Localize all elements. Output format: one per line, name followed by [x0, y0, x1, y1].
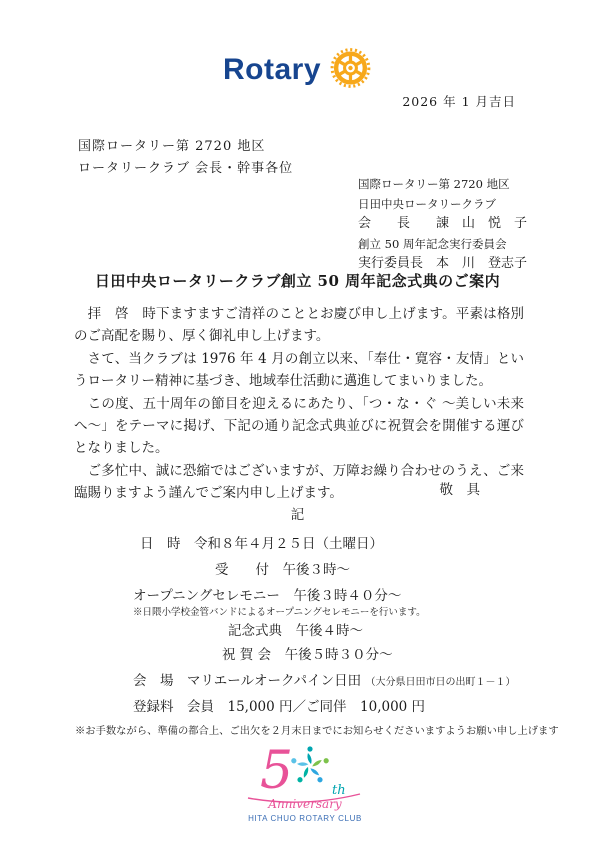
- sender-committee: 創立 50 周年記念実行委員会: [358, 234, 527, 254]
- anniv-suffix-th: th: [332, 783, 346, 798]
- rotary-logo: Rotary: [223, 46, 372, 94]
- anniv-script: Anniversary: [267, 797, 342, 811]
- sender-block: 国際ロータリー第 2720 地区 日田中央ロータリークラブ 会 長 諌 山 悦 …: [358, 174, 527, 274]
- anniversary-50th-logo: 5: [238, 736, 373, 828]
- recipient-block: 国際ロータリー第 2720 地区 ロータリークラブ 会長・幹事各位: [78, 136, 293, 180]
- venue-name: 会 場 マリエールオークパイン日田: [133, 673, 361, 689]
- rsvp-footnote: ※お手数ながら、準備の都合上、ご出欠を２月末日までにお知らせくださいますようお願…: [75, 722, 559, 737]
- recipient-district: 国際ロータリー第 2720 地区: [78, 136, 293, 158]
- dancing-figures-zero: [291, 746, 330, 783]
- letter-body: 拝 啓 時下ますますご清祥のこととお慶び申し上げます。平素は格別のご高配を賜り、…: [74, 303, 524, 505]
- notice-party: 祝 賀 会 午後５時３０分～: [222, 643, 393, 663]
- notice-fee: 登録料 会員 15,000 円／ご同伴 10,000 円: [133, 695, 425, 715]
- notice-datetime: 日 時 令和８年４月２５日（土曜日）: [140, 532, 383, 552]
- venue-address: （大分県日田市日の出町１－１）: [365, 677, 515, 688]
- page-title: 日田中央ロータリークラブ創立 50 周年記念式典のご案内: [0, 270, 595, 291]
- anniv-club-name: HITA CHUO ROTARY CLUB: [248, 814, 362, 823]
- sender-district: 国際ロータリー第 2720 地区: [358, 174, 527, 194]
- paragraph-greeting: 拝 啓 時下ますますご清祥のこととお慶び申し上げます。平素は格別のご高配を賜り、…: [74, 303, 524, 348]
- notice-heading: 記: [0, 503, 595, 523]
- notice-ceremony: 記念式典 午後４時～: [228, 619, 363, 639]
- document-page: Rotary 2026 年 1 月吉日 国際ロータリー第 2720 地区 ロータ…: [0, 0, 595, 842]
- sender-president: 会 長 諌 山 悦 子: [358, 214, 527, 234]
- paragraph-theme: この度、五十周年の節目を迎えるにあたり、「つ・な・ぐ ～美しい未来へ～」をテーマ…: [74, 393, 524, 460]
- notice-venue: 会 場 マリエールオークパイン日田 （大分県日田市日の出町１－１）: [133, 669, 515, 689]
- anniv-number-5: 5: [260, 741, 293, 801]
- notice-reception: 受 付 午後３時～: [215, 558, 350, 578]
- notice-opening-ceremony: オープニングセレモニー 午後３時４０分～: [133, 584, 401, 604]
- closing-keigu: 敬 具: [440, 478, 481, 498]
- sender-club: 日田中央ロータリークラブ: [358, 194, 527, 214]
- rotary-wheel-icon: [328, 46, 372, 94]
- document-date: 2026 年 1 月吉日: [402, 92, 516, 110]
- paragraph-history: さて、当クラブは 1976 年 4 月の創立以来、「奉仕・寛容・友情」というロー…: [74, 348, 524, 393]
- rotary-wordmark: Rotary: [223, 53, 321, 87]
- notice-opening-note: ※日隈小学校金管バンドによるオープニングセレモニーを行います。: [133, 604, 426, 618]
- recipient-addressee: ロータリークラブ 会長・幹事各位: [78, 158, 293, 180]
